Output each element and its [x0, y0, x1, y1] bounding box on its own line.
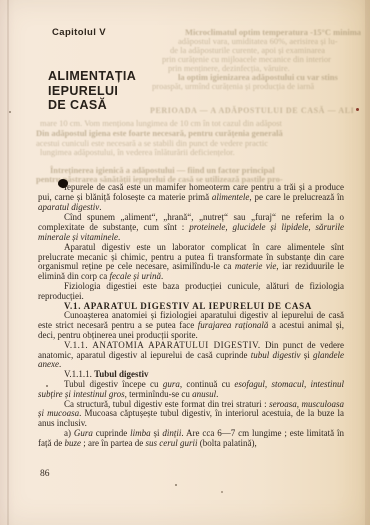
paragraph-anatomy-need: Cunoașterea anatomiei și fiziologiei apa… — [38, 311, 344, 340]
bleedthrough-line: Din adăpostul igiena este foarte necesar… — [36, 129, 283, 138]
page-left-edge-shadow — [7, 0, 9, 525]
page-title-line: DE CASĂ — [48, 98, 136, 113]
page-title-line: IEPURELUI — [48, 84, 136, 99]
paragraph-anatomy-overview: V.1.1. ANATOMIA APARATULUI DIGESTIV. Din… — [38, 341, 344, 370]
scanned-book-page: { "document": { "chapter_label": "Capito… — [0, 0, 370, 525]
bleedthrough-line: de la adăposturile curente, apoi și exam… — [170, 46, 325, 55]
paragraph-digestive-lab: Aparatul digestiv este un laborator comp… — [38, 243, 344, 282]
page-title: ALIMENTAȚIA IEPURELUI DE CASĂ — [48, 69, 136, 113]
body-text-column: Iepurele de casă este un mamifer homeote… — [38, 183, 344, 449]
speck — [46, 385, 48, 387]
paragraph-physiology: Fiziologia digestiei este baza producție… — [38, 282, 344, 302]
bleedthrough-line: PERIOADA — A ADĂPOSTULUI DE CASĂ — ALI — [150, 106, 354, 115]
speck — [175, 484, 177, 486]
chapter-label: Capitolul V — [52, 27, 106, 38]
speck — [9, 111, 11, 113]
speck — [221, 491, 223, 493]
paragraph-intro: Iepurele de casă este un mamifer homeote… — [38, 183, 344, 212]
paragraph-tube-structure: Ca structură, tubul digestiv este format… — [38, 400, 344, 429]
bleedthrough-line: Microclimatul optim temperatura -15°C mi… — [185, 28, 361, 37]
bleedthrough-line: acestui cuniculi este necesară a se stab… — [36, 139, 268, 148]
bleedthrough-line: prin menținere, dezinfecția, văruire. — [168, 64, 290, 73]
bleedthrough-line: prin curățenie cu mijloacele mecanice di… — [162, 55, 331, 64]
bleedthrough-line: mare 10 cm. Vom menționa lungimea de 10 … — [40, 119, 282, 128]
bleedthrough-line: la optim igienizarea adăpostului cu var … — [178, 73, 338, 82]
speck — [356, 108, 359, 111]
paragraph-mouth: a) Gura cuprinde limba și dinții. Are cc… — [38, 429, 344, 449]
paragraph-digestive-tube: Tubul digestiv începe cu gura, continuă … — [38, 380, 344, 400]
bleedthrough-line: proaspăt, urmînd curățenia și producția … — [152, 82, 314, 91]
page-title-line: ALIMENTAȚIA — [48, 69, 136, 84]
page-number: 86 — [40, 469, 50, 479]
bleedthrough-line: lungimea adăpostului, în vederea înlătur… — [40, 148, 235, 157]
paragraph-aliment-terms: Cînd spunem „aliment“, „hrană“, „nutreț“… — [38, 213, 344, 242]
bleedthrough-line: Întreținerea igienică a adăpostului — fi… — [50, 166, 275, 175]
bleedthrough-line: adăpostul vara, umiditatea 60%, aerisire… — [178, 37, 338, 46]
page-right-edge-shadow — [365, 0, 370, 525]
